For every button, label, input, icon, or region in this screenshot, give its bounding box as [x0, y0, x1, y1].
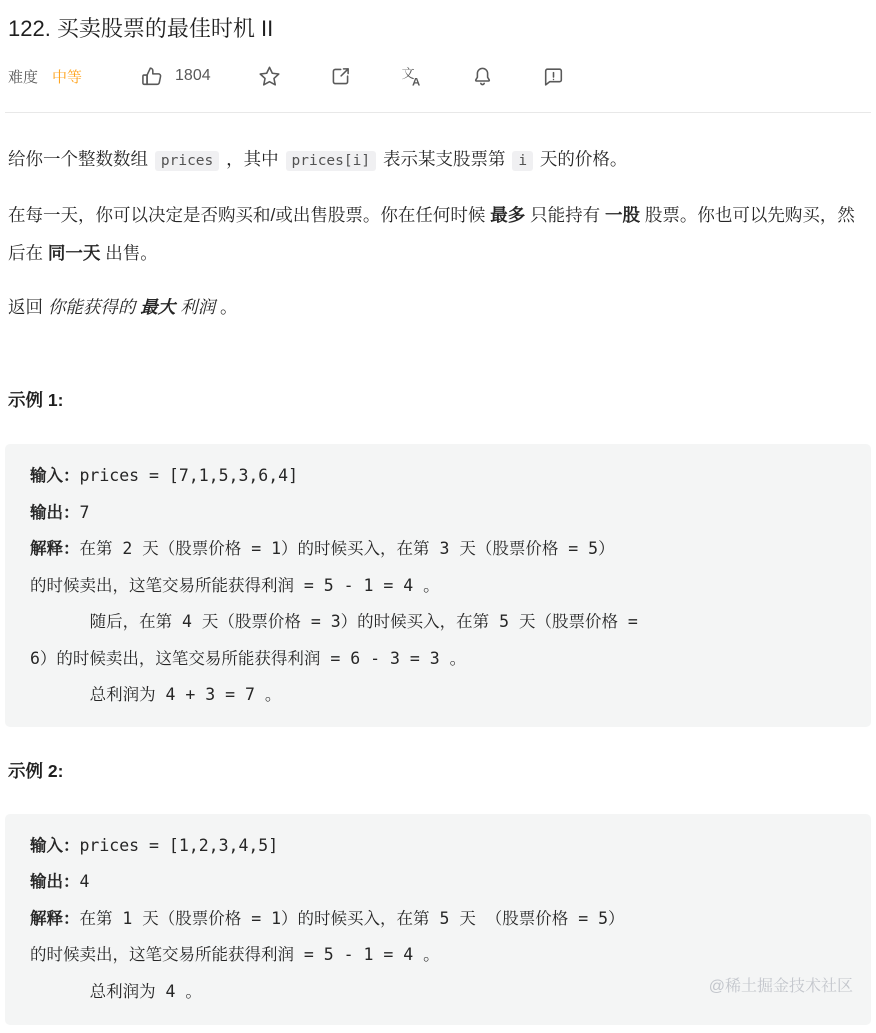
share-icon [328, 64, 353, 89]
svg-text:A: A [412, 76, 420, 88]
code-line: 解释：在第 1 天（股票价格 = 1）的时候买入，在第 5 天 （股票价格 = … [30, 901, 846, 938]
description-paragraph-2: 在每一天，你可以决定是否购买和/或出售股票。你在任何时候 最多 只能持有 一股 … [8, 196, 868, 272]
description-paragraph-1: 给你一个整数数组 prices ，其中 prices[i] 表示某支股票第 i … [8, 140, 868, 180]
code-line: 总利润为 4 + 3 = 7 。 [30, 677, 846, 714]
problem-description: 给你一个整数数组 prices ，其中 prices[i] 表示某支股票第 i … [8, 140, 868, 326]
share-button[interactable] [328, 64, 353, 89]
feedback-icon [541, 64, 566, 89]
star-icon [257, 64, 282, 89]
code-line-label: 解释： [30, 539, 80, 558]
code-line-label: 输出： [30, 872, 80, 891]
code-line: 6）的时候卖出，这笔交易所能获得利润 = 6 - 3 = 3 。 [30, 641, 846, 678]
example-1-code-block: 输入：prices = [7,1,5,3,6,4]输出：7解释：在第 2 天（股… [5, 444, 871, 727]
code-line-label: 输入： [30, 466, 80, 485]
code-line-label: 输入： [30, 836, 80, 855]
inline-code: i [512, 151, 533, 171]
code-line: 总利润为 4 。 [30, 974, 846, 1011]
code-line: 随后，在第 4 天（股票价格 = 3）的时候买入，在第 5 天（股票价格 = [30, 604, 846, 641]
feedback-button[interactable] [541, 64, 566, 89]
divider [5, 112, 871, 113]
code-line-label: 解释： [30, 909, 80, 928]
code-line-label: 输出： [30, 503, 80, 522]
bell-icon [470, 64, 495, 89]
code-line: 的时候卖出，这笔交易所能获得利润 = 5 - 1 = 4 。 [30, 937, 846, 974]
page-title: 122. 买卖股票的最佳时机 II [8, 0, 868, 44]
code-line: 输出：4 [30, 864, 846, 901]
example-2-code-block: 输入：prices = [1,2,3,4,5]输出：4解释：在第 1 天（股票价… [5, 814, 871, 1026]
inline-code: prices [155, 151, 219, 171]
code-line: 输出：7 [30, 495, 846, 532]
difficulty-label: 难度 [8, 66, 38, 87]
problem-page: 122. 买卖股票的最佳时机 II 难度 中等 1804 [0, 0, 876, 1033]
example-2-heading: 示例 2: [8, 759, 868, 783]
code-line: 解释：在第 2 天（股票价格 = 1）的时候买入，在第 3 天（股票价格 = 5… [30, 531, 846, 568]
code-line: 的时候卖出，这笔交易所能获得利润 = 5 - 1 = 4 。 [30, 568, 846, 605]
difficulty-badge: 中等 [52, 66, 82, 87]
translate-icon: 文 A [399, 64, 424, 89]
inline-code: prices[i] [286, 151, 377, 171]
description-paragraph-3: 返回 你能获得的 最大 利润 。 [8, 288, 868, 326]
like-count: 1804 [175, 67, 211, 85]
notifications-button[interactable] [470, 64, 495, 89]
example-1-heading: 示例 1: [8, 388, 868, 412]
like-button[interactable]: 1804 [140, 64, 211, 89]
favorite-button[interactable] [257, 64, 282, 89]
translate-button[interactable]: 文 A [399, 64, 424, 89]
code-line: 输入：prices = [1,2,3,4,5] [30, 828, 846, 865]
code-line: 输入：prices = [7,1,5,3,6,4] [30, 458, 846, 495]
thumbs-up-icon [140, 64, 165, 89]
toolbar: 难度 中等 1804 [8, 61, 868, 91]
